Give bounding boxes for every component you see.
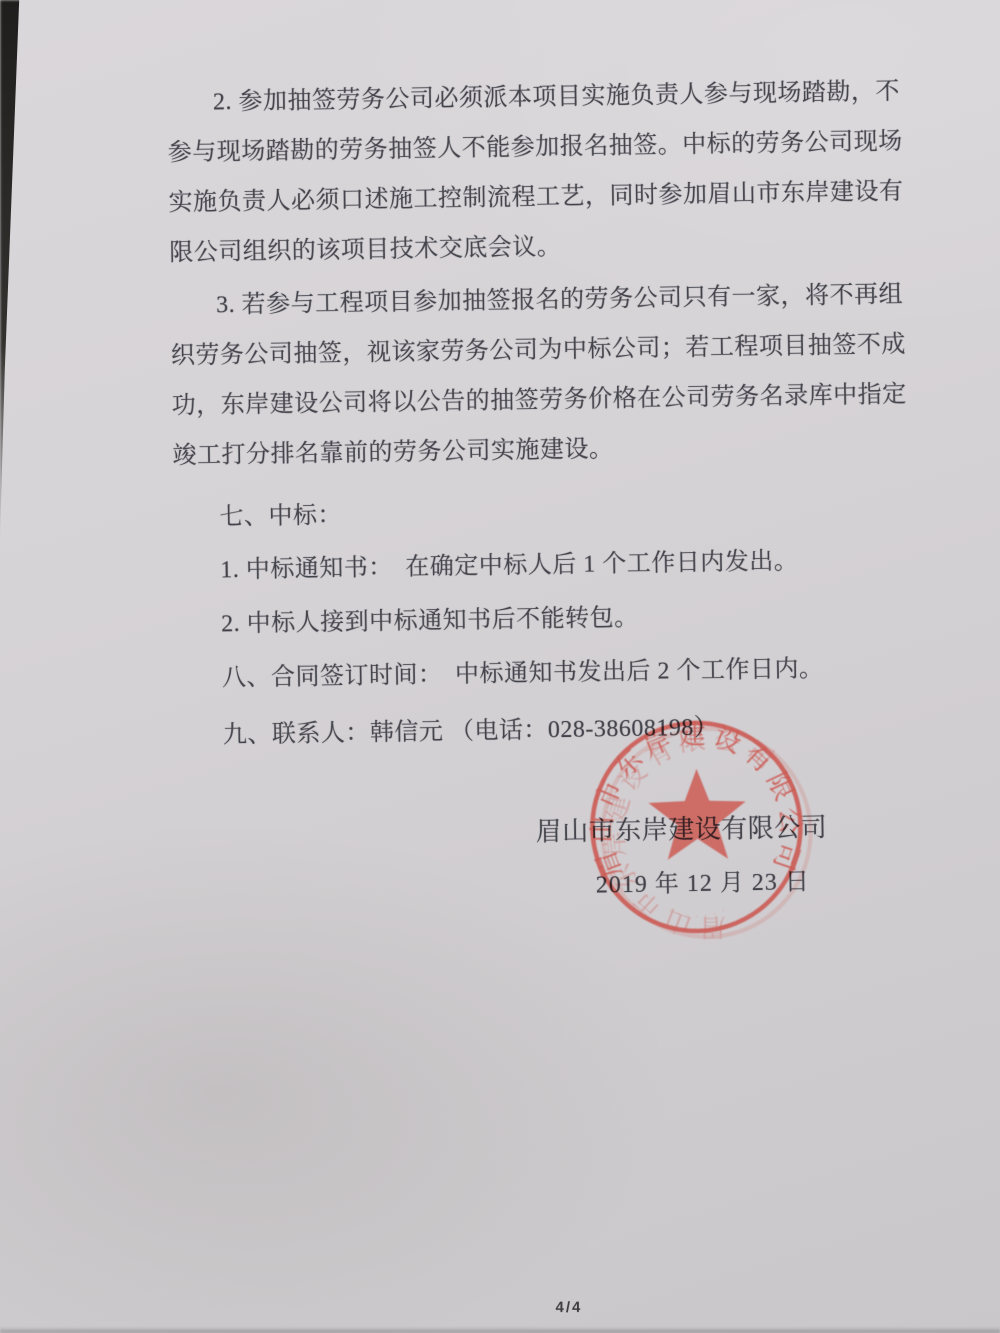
photo-bottom-shadow xyxy=(0,1327,1000,1333)
document-page: 2. 参加抽签劳务公司必须派本项目实施负责人参与现场踏勘，不 参与现场踏勘的劳务… xyxy=(0,0,1000,1333)
document-line: 限公司组织的该项目技术交底会议。 xyxy=(169,216,915,278)
company-seal-stamp: 眉山市东岸建设有限公司 眉山市东岸建设有限公司 · · · · · · · xyxy=(577,707,817,947)
page-number: 4/4 xyxy=(469,1299,669,1316)
document-line: 2. 中标人接到中标通知书后不能转包。 xyxy=(175,588,921,650)
document-photo: 2. 参加抽签劳务公司必须派本项目实施负责人参与现场踏勘，不 参与现场踏勘的劳务… xyxy=(0,0,1000,1333)
document-line: 竣工打分排名靠前的劳务公司实施建设。 xyxy=(172,419,918,481)
section-heading-8: 八、合同签订时间： 中标通知书发出后 2 个工作日内。 xyxy=(176,642,922,704)
seal-star-icon xyxy=(648,768,747,860)
section-heading-7: 七、中标： xyxy=(173,481,919,543)
document-body: 2. 参加抽签劳务公司必须派本项目实施负责人参与现场踏勘，不 参与现场踏勘的劳务… xyxy=(167,66,923,761)
document-line: 1. 中标通知书： 在确定中标人后 1 个工作日内发出。 xyxy=(174,534,920,596)
